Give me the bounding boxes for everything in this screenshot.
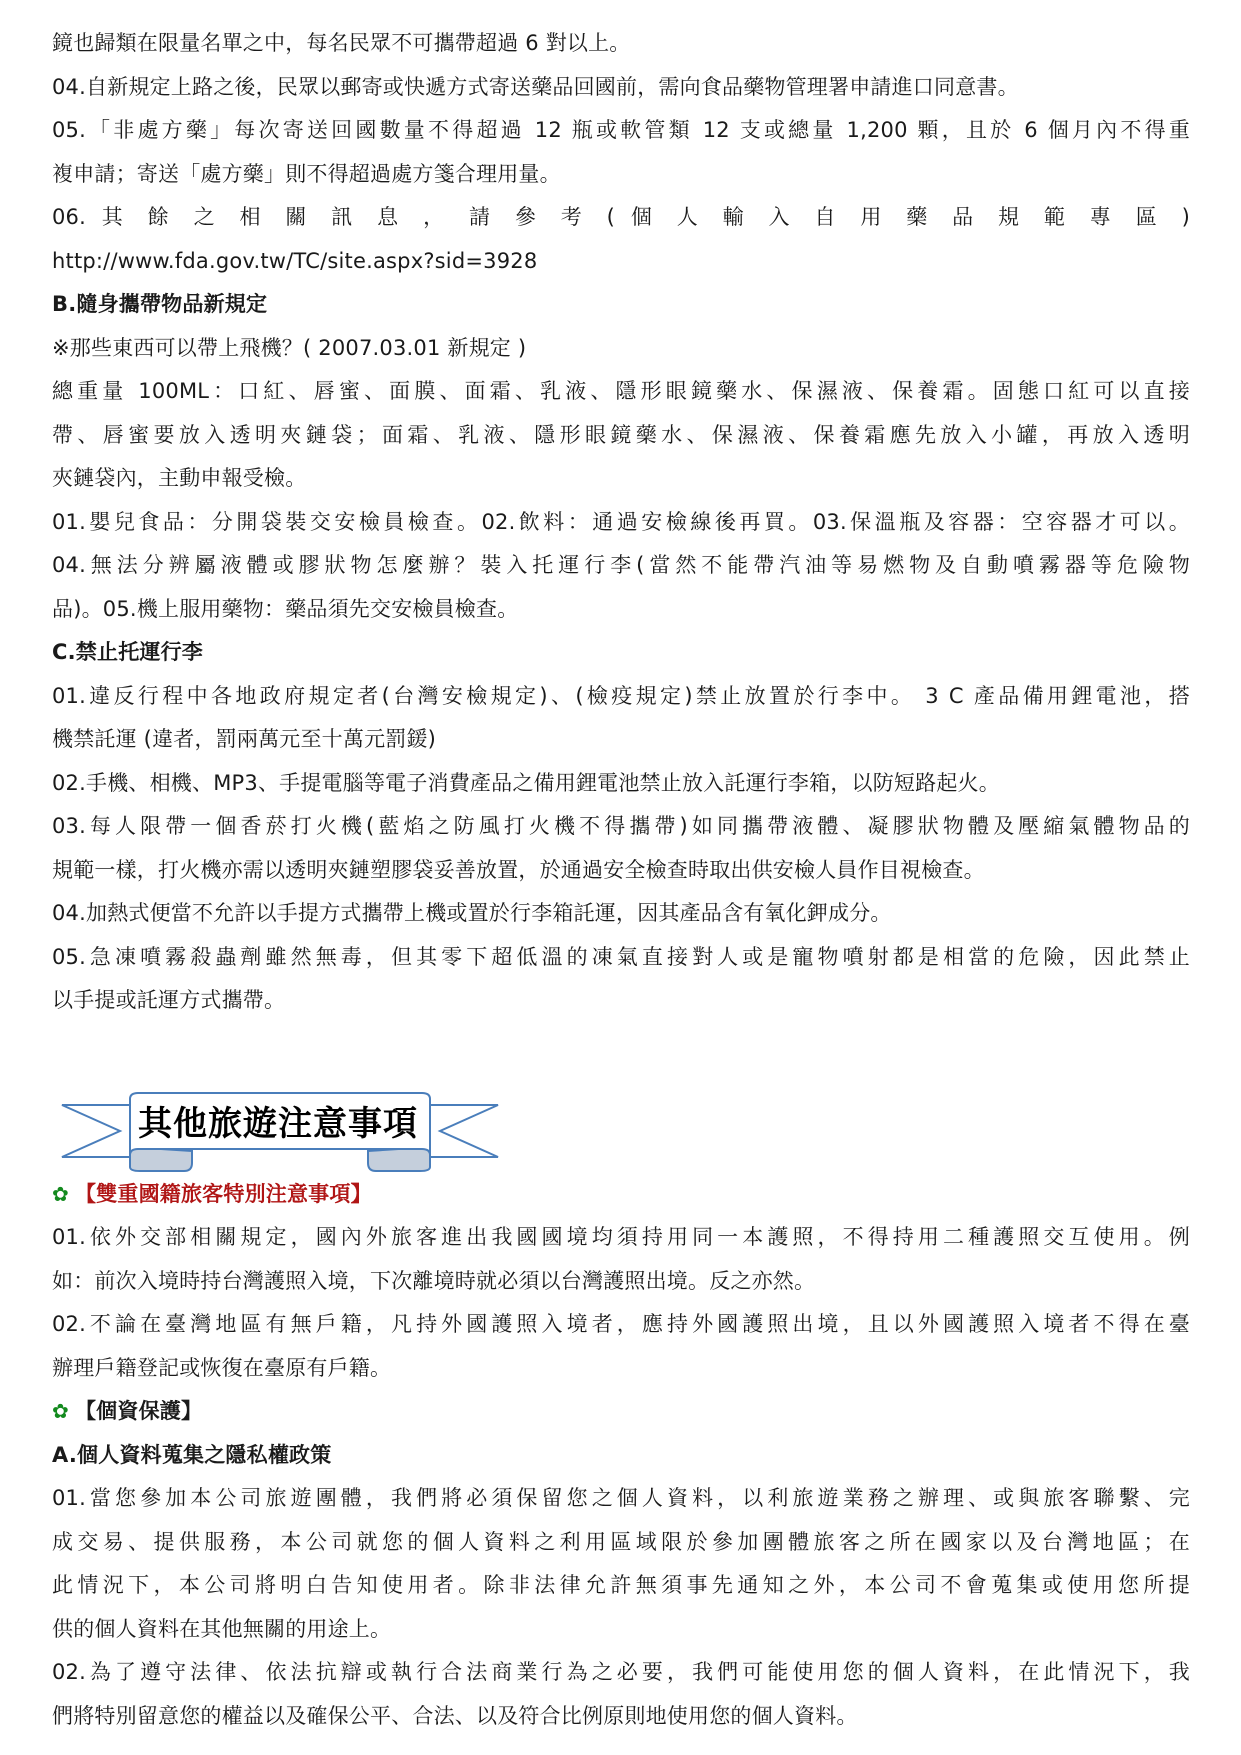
paragraph-line: 總重量 100ML：口紅、唇蜜、面膜、面霜、乳液、隱形眼鏡藥水、保濕液、保養霜。… (52, 370, 1190, 414)
paragraph-line: 04.加熱式便當不允許以手提方式攜帶上機或置於行李箱託運，因其產品含有氧化鉀成分… (52, 892, 1190, 936)
paragraph-line: 02.手機、相機、MP3、手提電腦等電子消費產品之備用鋰電池禁止放入託運行李箱，… (52, 762, 1190, 806)
paragraph-line: 03.每人限帶一個香菸打火機(藍焰之防風打火機不得攜帶)如同攜帶液體、凝膠狀物體… (52, 805, 1190, 849)
flower-icon: ✿ (52, 1399, 69, 1423)
dual-nationality-section: ✿【雙重國籍旅客特別注意事項】 01.依外交部相關規定，國內外旅客進出我國國境均… (52, 1173, 1190, 1391)
section-heading-row: ✿【個資保護】 (52, 1390, 1190, 1434)
paragraph-line: 辦理戶籍登記或恢復在臺原有戶籍。 (52, 1347, 1190, 1391)
paragraph-line: 01.違反行程中各地政府規定者(台灣安檢規定)、(檢疫規定)禁止放置於行李中。 … (52, 675, 1190, 719)
paragraph-line: ※那些東西可以帶上飛機？( 2007.03.01 新規定 ) (52, 327, 1190, 371)
section-banner: 其他旅遊注意事項 (60, 1089, 500, 1173)
spacer (52, 1023, 1190, 1085)
paragraph-line: 此情況下，本公司將明白告知使用者。除非法律允許無須事先通知之外，本公司不會蒐集或… (52, 1564, 1190, 1608)
paragraph-line: 以手提或託運方式攜帶。 (52, 979, 1190, 1023)
document-page: 鏡也歸類在限量名單之中，每名民眾不可攜帶超過 6 對以上。 04.自新規定上路之… (52, 22, 1190, 1738)
banner-title: 其他旅遊注意事項 (138, 1101, 418, 1147)
section-heading: B.隨身攜帶物品新規定 (52, 283, 1190, 327)
section-heading: 【雙重國籍旅客特別注意事項】 (75, 1182, 372, 1206)
paragraph-line: 如：前次入境時持台灣護照入境，下次離境時就必須以台灣護照出境。反之亦然。 (52, 1260, 1190, 1304)
prohibited-checked-luggage-section: C.禁止托運行李 01.違反行程中各地政府規定者(台灣安檢規定)、(檢疫規定)禁… (52, 631, 1190, 1023)
paragraph-line: 02.不論在臺灣地區有無戶籍，凡持外國護照入境者，應持外國護照出境，且以外國護照… (52, 1303, 1190, 1347)
paragraph-line: 鏡也歸類在限量名單之中，每名民眾不可攜帶超過 6 對以上。 (52, 22, 1190, 66)
fda-link[interactable]: http://www.fda.gov.tw/TC/site.aspx?sid=3… (52, 240, 1190, 284)
paragraph-line: 供的個人資料在其他無關的用途上。 (52, 1608, 1190, 1652)
paragraph-line: 們將特別留意您的權益以及確保公平、合法、以及符合比例原則地使用您的個人資料。 (52, 1695, 1190, 1739)
flower-icon: ✿ (52, 1182, 69, 1206)
paragraph-line: 06. 其 餘 之 相 關 訊 息 ， 請 參 考 ( 個 人 輸 入 自 用 … (52, 196, 1190, 240)
paragraph-line: 05.急凍噴霧殺蟲劑雖然無毒，但其零下超低溫的凍氣直接對人或是寵物噴射都是相當的… (52, 936, 1190, 980)
paragraph-line: 04.自新規定上路之後，民眾以郵寄或快遞方式寄送藥品回國前，需向食品藥物管理署申… (52, 66, 1190, 110)
paragraph-line: 01.嬰兒食品：分開袋裝交安檢員檢查。02.飲料：通過安檢線後再買。03.保溫瓶… (52, 501, 1190, 545)
paragraph-line: 帶、唇蜜要放入透明夾鏈袋；面霜、乳液、隱形眼鏡藥水、保濕液、保養霜應先放入小罐，… (52, 414, 1190, 458)
section-heading-row: ✿【雙重國籍旅客特別注意事項】 (52, 1173, 1190, 1217)
paragraph-line: 品)。05.機上服用藥物：藥品須先交安檢員檢查。 (52, 588, 1190, 632)
subsection-heading: A.個人資料蒐集之隱私權政策 (52, 1434, 1190, 1478)
paragraph-line: 夾鏈袋內，主動申報受檢。 (52, 457, 1190, 501)
section-heading: 【個資保護】 (75, 1399, 202, 1423)
paragraph-line: 05.「非處方藥」每次寄送回國數量不得超過 12 瓶或軟管類 12 支或總量 1… (52, 109, 1190, 153)
section-heading: C.禁止托運行李 (52, 631, 1190, 675)
paragraph-line: 02.為了遵守法律、依法抗辯或執行合法商業行為之必要，我們可能使用您的個人資料，… (52, 1651, 1190, 1695)
paragraph-line: 複申請；寄送「處方藥」則不得超過處方箋合理用量。 (52, 153, 1190, 197)
privacy-section: ✿【個資保護】 A.個人資料蒐集之隱私權政策 01.當您參加本公司旅遊團體，我們… (52, 1390, 1190, 1738)
paragraph-line: 01.當您參加本公司旅遊團體，我們將必須保留您之個人資料，以利旅遊業務之辦理、或… (52, 1477, 1190, 1521)
paragraph-line: 01.依外交部相關規定，國內外旅客進出我國國境均須持用同一本護照，不得持用二種護… (52, 1216, 1190, 1260)
paragraph-line: 成交易、提供服務，本公司就您的個人資料之利用區域限於參加團體旅客之所在國家以及台… (52, 1521, 1190, 1565)
paragraph-line: 機禁託運 (違者，罰兩萬元至十萬元罰鍰) (52, 718, 1190, 762)
carry-on-rules-section: B.隨身攜帶物品新規定 ※那些東西可以帶上飛機？( 2007.03.01 新規定… (52, 283, 1190, 631)
medicine-rules-section: 鏡也歸類在限量名單之中，每名民眾不可攜帶超過 6 對以上。 04.自新規定上路之… (52, 22, 1190, 283)
paragraph-line: 規範一樣，打火機亦需以透明夾鏈塑膠袋妥善放置，於通過安全檢查時取出供安檢人員作目… (52, 849, 1190, 893)
paragraph-line: 04.無法分辨屬液體或膠狀物怎麼辦？裝入托運行李(當然不能帶汽油等易燃物及自動噴… (52, 544, 1190, 588)
